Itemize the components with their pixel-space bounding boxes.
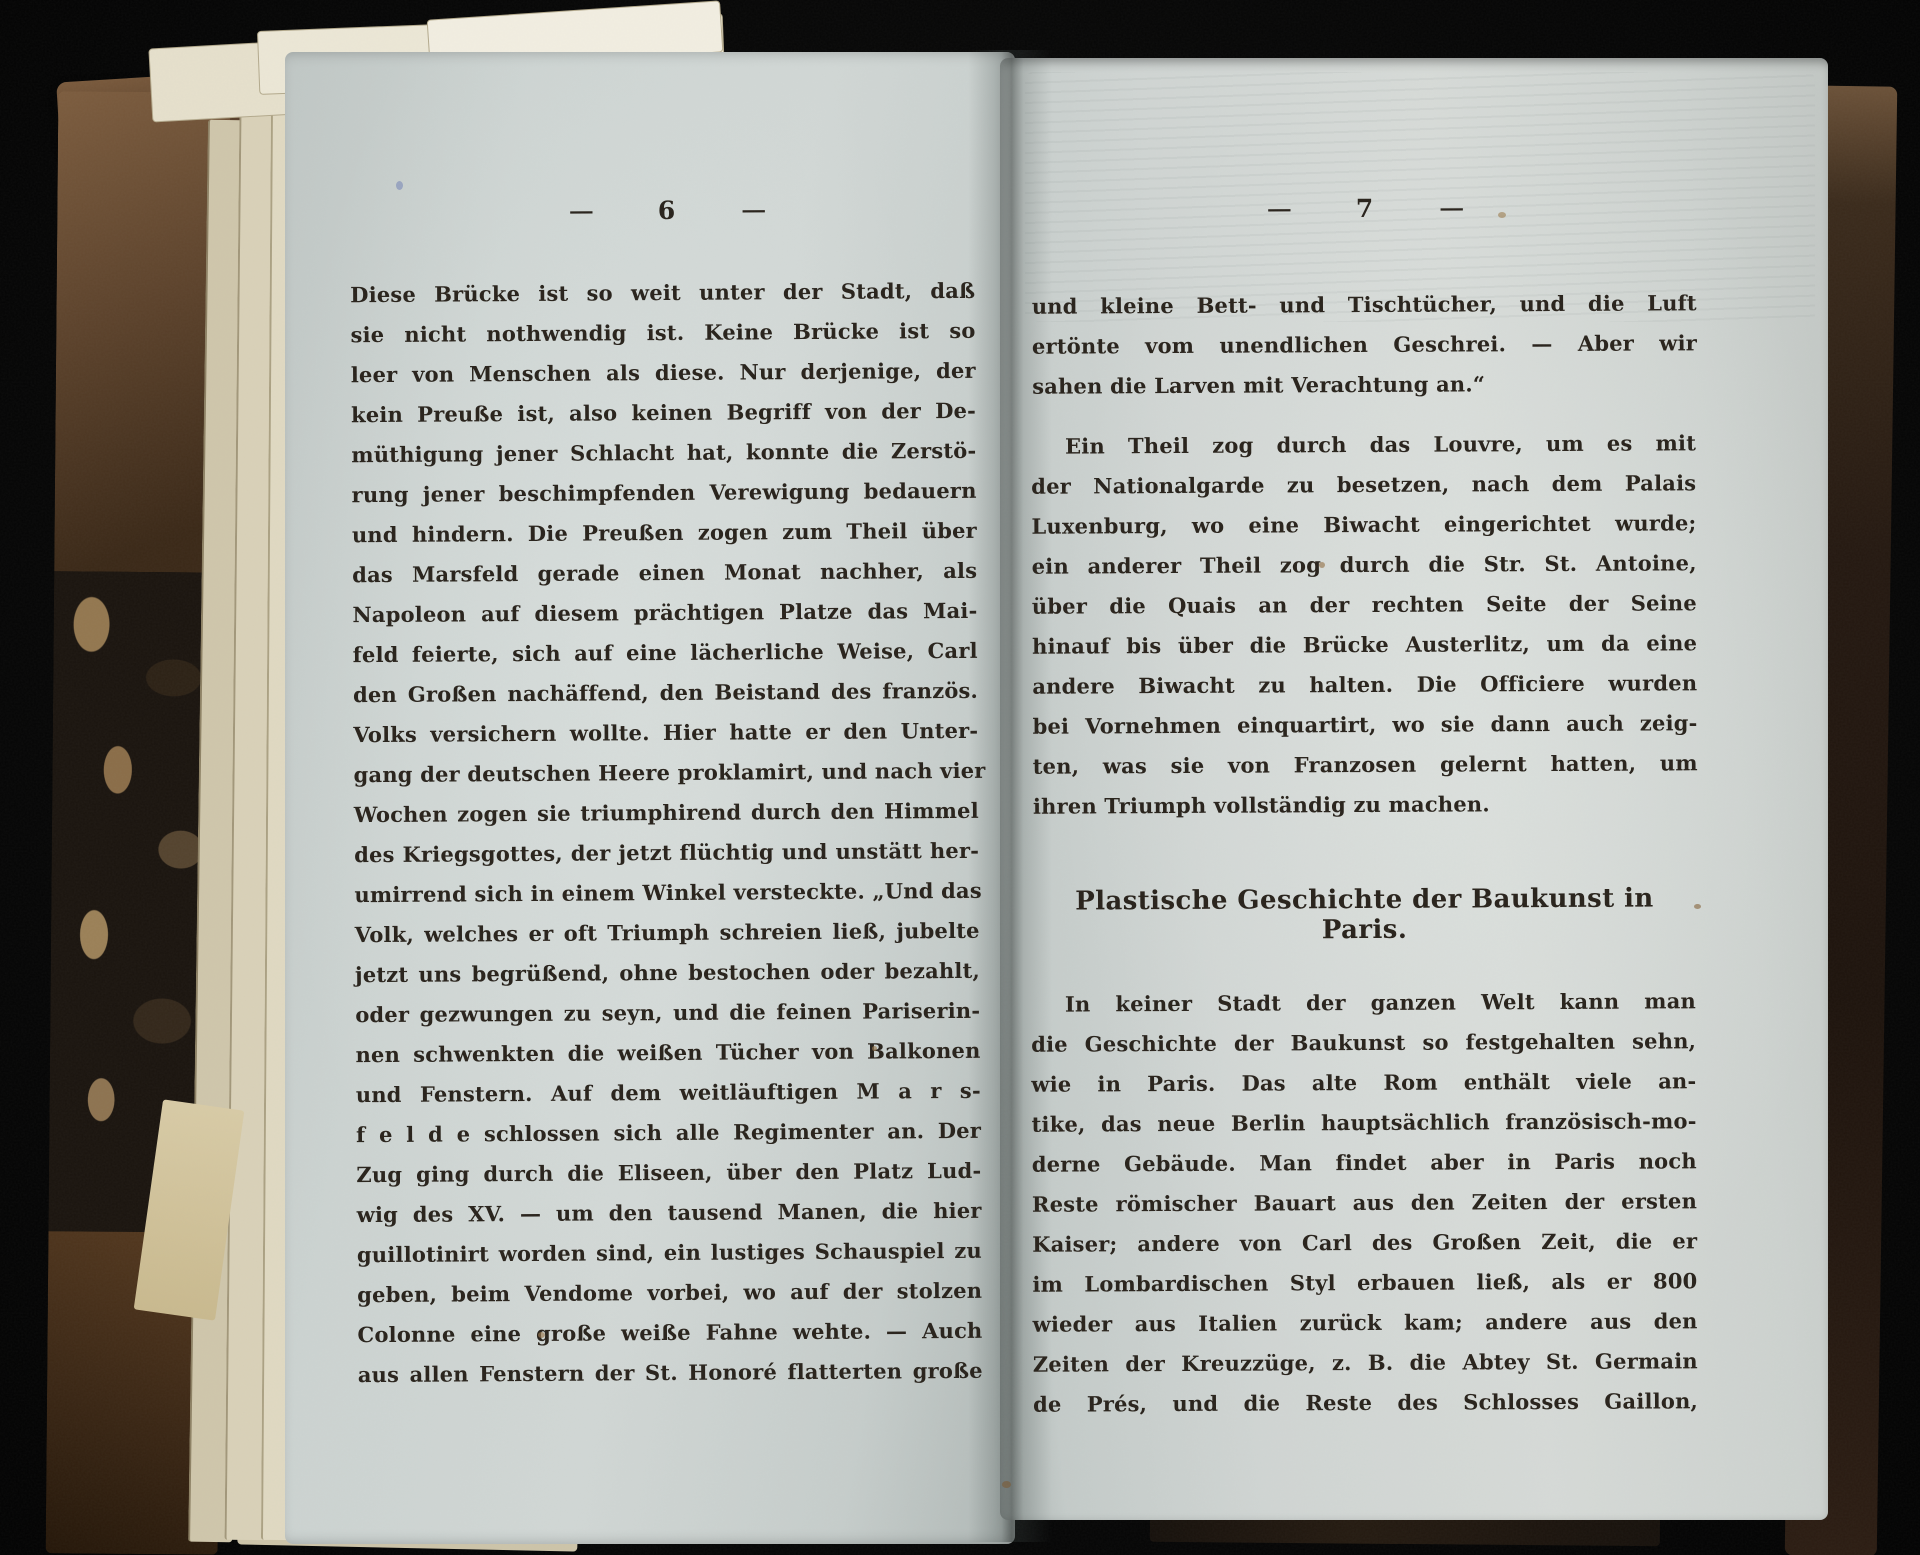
- text-line: Volks versichern wollte. Hier hatte er d…: [353, 711, 978, 755]
- text-line: Kaiser; andere von Carl des Großen Zeit,…: [1032, 1221, 1697, 1264]
- text-line: über die Quais an der rechten Seite der …: [1032, 583, 1697, 626]
- header-dash: —: [569, 200, 592, 222]
- foxing-spot: [1498, 212, 1506, 218]
- ink-mark: [396, 181, 403, 190]
- text-line: kein Preuße ist, also keinen Begriff von…: [351, 391, 976, 435]
- right-page-paragraph-1: und kleine Bett- und Tischtücher, und di…: [1032, 283, 1698, 406]
- text-line: die Geschichte der Baukunst so festgehal…: [1031, 1021, 1696, 1064]
- text-line: ertönte vom unendlichen Geschrei. — Aber…: [1032, 323, 1697, 366]
- text-line: Wochen zogen sie triumphirend durch den …: [354, 791, 979, 835]
- section-heading: Plastische Geschichte der Baukunst in Pa…: [1032, 883, 1697, 946]
- text-line: Volk, welches er oft Triumph schreien li…: [355, 911, 980, 955]
- page-header-right: — 7 —: [1032, 192, 1697, 224]
- text-line: leer von Menschen als diese. Nur derjeni…: [351, 351, 976, 395]
- header-dash: —: [1439, 197, 1462, 219]
- text-line: sahen die Larven mit Verachtung an.“: [1032, 363, 1697, 406]
- text-line: und Fenstern. Auf dem weitläuftigen M a …: [356, 1071, 981, 1115]
- text-line: ein anderer Theil zog durch die Str. St.…: [1032, 543, 1697, 586]
- text-line: In keiner Stadt der ganzen Welt kann man: [1031, 981, 1696, 1024]
- text-line: im Lombardischen Styl erbauen ließ, als …: [1032, 1261, 1697, 1304]
- text-line: und kleine Bett- und Tischtücher, und di…: [1032, 283, 1697, 326]
- left-page-text: Diese Brücke ist so weit unter der Stadt…: [350, 271, 983, 1395]
- text-line: des Kriegsgottes, der jetzt flüchtig und…: [354, 831, 979, 875]
- text-line: Diese Brücke ist so weit unter der Stadt…: [350, 271, 975, 315]
- text-line: bei Vornehmen einquartirt, wo sie dann a…: [1032, 703, 1697, 746]
- text-line: wig des XV. — um den tausend Manen, die …: [357, 1191, 982, 1235]
- text-line: gang der deutschen Heere proklamirt, und…: [353, 751, 978, 795]
- text-line: umirrend sich in einem Winkel versteckte…: [354, 871, 979, 915]
- text-line: Zug ging durch die Eliseen, über den Pla…: [356, 1151, 981, 1195]
- text-line: Colonne eine große weiße Fahne wehte. — …: [357, 1311, 982, 1355]
- text-line: Zeiten der Kreuzzüge, z. B. die Abtey St…: [1033, 1341, 1698, 1384]
- text-line: feld feierte, sich auf eine lächerliche …: [353, 631, 978, 675]
- text-line: de Prés, und die Reste des Schlosses Gai…: [1033, 1381, 1698, 1424]
- text-line: und hindern. Die Preußen zogen zum Theil…: [352, 511, 977, 555]
- text-line: ten, was sie von Franzosen gelernt hatte…: [1033, 743, 1698, 786]
- header-dash: —: [741, 199, 764, 221]
- foxing-spot: [1694, 904, 1701, 909]
- text-line: Ein Theil zog durch das Louvre, um es mi…: [1031, 423, 1696, 466]
- text-line: sie nicht nothwendig ist. Keine Brücke i…: [350, 311, 975, 355]
- text-line: jetzt uns begrüßend, ohne bestochen oder…: [355, 951, 980, 995]
- text-line: ihren Triumph vollständig zu machen.: [1033, 783, 1698, 826]
- text-line: Reste römischer Bauart aus den Zeiten de…: [1032, 1181, 1697, 1224]
- text-line: andere Biwacht zu halten. Die Officiere …: [1032, 663, 1697, 706]
- page-number-right: 7: [1356, 194, 1374, 223]
- text-line: guillotinirt worden sind, ein lustiges S…: [357, 1231, 982, 1275]
- right-page-paragraph-2: Ein Theil zog durch das Louvre, um es mi…: [1031, 423, 1698, 826]
- text-line: Napoleon auf diesem prächtigen Platze da…: [352, 591, 977, 635]
- text-line: hinauf bis über die Brücke Austerlitz, u…: [1032, 623, 1697, 666]
- page-header-left: — 6 —: [354, 194, 979, 227]
- text-line: Luxenburg, wo eine Biwacht eingerichtet …: [1031, 503, 1696, 546]
- text-line: geben, beim Vendome vorbei, wo auf der s…: [357, 1271, 982, 1315]
- text-line: derne Gebäude. Man findet aber in Paris …: [1032, 1141, 1697, 1184]
- foxing-spot: [538, 1332, 545, 1338]
- text-line: aus allen Fenstern der St. Honoré flatte…: [358, 1351, 983, 1395]
- foxing-spot: [1002, 1481, 1011, 1488]
- foxing-spot: [1319, 562, 1325, 568]
- text-line: f e l d e schlossen sich alle Regimenter…: [356, 1111, 981, 1155]
- text-line: müthigung jener Schlacht hat, konnte die…: [351, 431, 976, 475]
- open-book-photo: — 6 — Diese Brücke ist so weit unter der…: [0, 0, 1920, 1555]
- text-line: wie in Paris. Das alte Rom enthält viele…: [1031, 1061, 1696, 1104]
- text-line: rung jener beschimpfenden Verewigung bed…: [351, 471, 976, 515]
- right-page-paragraph-3: In keiner Stadt der ganzen Welt kann man…: [1031, 981, 1698, 1424]
- foxing-spot: [872, 1046, 877, 1051]
- text-line: nen schwenkten die weißen Tücher von Bal…: [355, 1031, 980, 1075]
- text-line: tike, das neue Berlin hauptsächlich fran…: [1031, 1101, 1696, 1144]
- text-line: das Marsfeld gerade einen Monat nachher,…: [352, 551, 977, 595]
- header-dash: —: [1267, 198, 1290, 220]
- page-number-left: 6: [658, 196, 676, 225]
- text-line: den Großen nachäffend, den Beistand des …: [353, 671, 978, 715]
- text-line: wieder aus Italien zurück kam; andere au…: [1033, 1301, 1698, 1344]
- text-line: der Nationalgarde zu besetzen, nach dem …: [1031, 463, 1696, 506]
- text-line: oder gezwungen zu seyn, und die feinen P…: [355, 991, 980, 1035]
